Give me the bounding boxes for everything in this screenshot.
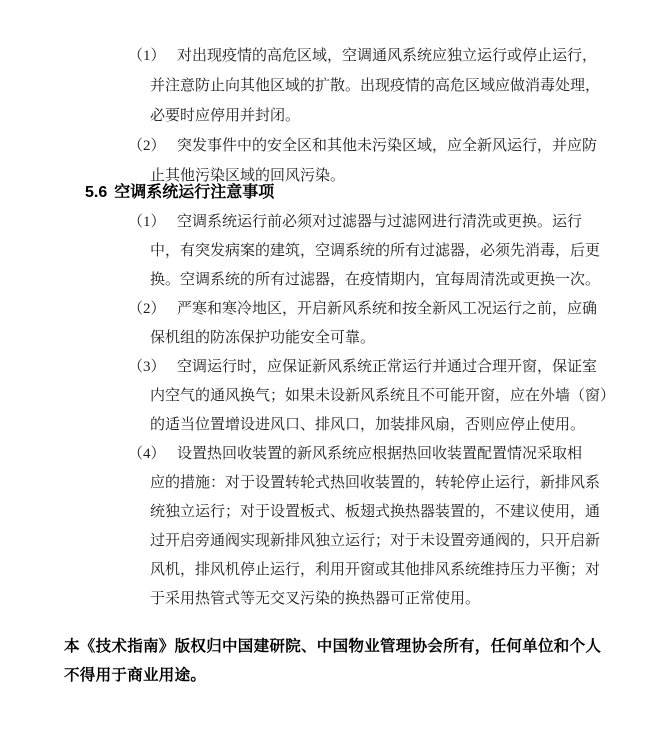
list-item-line: 过开启旁通阀实现新排风独立运行；对于未设置旁通阀的，只开启新 [0, 527, 669, 556]
list-item-marker: （4） [128, 440, 177, 469]
list-item-text: 空调系统运行前必须对过滤器与过滤网进行清洗或更换。运行 [177, 214, 582, 230]
list-item-line: 必要时应停用并封闭。 [0, 101, 669, 131]
list-item-marker: （1） [128, 208, 177, 237]
list-item-line: （2）突发事件中的安全区和其他未污染区域，应全新风运行，并应防 [0, 131, 669, 161]
document-page: （1）对出现疫情的高危区域，空调通风系统应独立运行或停止运行， 并注意防止向其他… [0, 0, 669, 749]
copyright-line: 本《技术指南》版权归中国建研院、中国物业管理协会所有，任何单位和个人 [64, 633, 601, 662]
list-item-line: （1）空调系统运行前必须对过滤器与过滤网进行清洗或更换。运行 [0, 208, 669, 237]
list-item-text: 严寒和寒冷地区，开启新风系统和按全新风工况运行之前，应确 [177, 301, 597, 317]
list-item-marker: （3） [128, 353, 177, 382]
list-item-line: 保机组的防冻保护功能安全可靠。 [0, 324, 669, 353]
list-item-line: （2）严寒和寒冷地区，开启新风系统和按全新风工况运行之前，应确 [0, 295, 669, 324]
copyright-notice: 本《技术指南》版权归中国建研院、中国物业管理协会所有，任何单位和个人 不得用于商… [64, 633, 601, 690]
list-item-marker: （2） [128, 295, 177, 324]
section-title: 空调系统运行注意事项 [114, 184, 274, 201]
list-item-line: 风机，排风机停止运行，利用开窗或其他排风系统维持压力平衡；对 [0, 556, 669, 585]
section-heading: 5.6空调系统运行注意事项 [85, 180, 274, 206]
list-item-line: 的适当位置增设进风口、排风口，加装排风扇，否则应停止使用。 [0, 411, 669, 440]
list-item: （1）空调系统运行前必须对过滤器与过滤网进行清洗或更换。运行 中，有突发病案的建… [0, 208, 669, 295]
list-item-marker: （1） [128, 41, 177, 71]
list-item-line: （3）空调运行时，应保证新风系统正常运行并通过合理开窗，保证室 [0, 353, 669, 382]
list-item-marker: （2） [128, 131, 177, 161]
list-item-text: 对出现疫情的高危区域，空调通风系统应独立运行或停止运行， [177, 48, 597, 64]
list-item: （4）设置热回收装置的新风系统应根据热回收装置配置情况采取相 应的措施：对于设置… [0, 440, 669, 614]
section-number: 5.6 [85, 184, 107, 201]
intro-numbered-list: （1）对出现疫情的高危区域，空调通风系统应独立运行或停止运行， 并注意防止向其他… [0, 41, 669, 191]
list-item: （3）空调运行时，应保证新风系统正常运行并通过合理开窗，保证室 内空气的通风换气… [0, 353, 669, 440]
section-numbered-list: （1）空调系统运行前必须对过滤器与过滤网进行清洗或更换。运行 中，有突发病案的建… [0, 208, 669, 614]
list-item-line: 应的措施：对于设置转轮式热回收装置的，转轮停止运行，新排风系 [0, 469, 669, 498]
list-item: （2）严寒和寒冷地区，开启新风系统和按全新风工况运行之前，应确 保机组的防冻保护… [0, 295, 669, 353]
list-item-line: 内空气的通风换气；如果未设新风系统且不可能开窗，应在外墙（窗） [0, 382, 669, 411]
list-item-text: 设置热回收装置的新风系统应根据热回收装置配置情况采取相 [177, 446, 582, 462]
list-item-line: 并注意防止向其他区域的扩散。出现疫情的高危区域应做消毒处理， [0, 71, 669, 101]
list-item-line: 中，有突发病案的建筑，空调系统的所有过滤器，必须先消毒，后更 [0, 237, 669, 266]
list-item-line: 于采用热管式等无交叉污染的换热器可正常使用。 [0, 585, 669, 614]
list-item-line: （4）设置热回收装置的新风系统应根据热回收装置配置情况采取相 [0, 440, 669, 469]
list-item-line: （1）对出现疫情的高危区域，空调通风系统应独立运行或停止运行， [0, 41, 669, 71]
list-item-text: 突发事件中的安全区和其他未污染区域，应全新风运行，并应防 [177, 138, 597, 154]
list-item-line: 统独立运行；对于设置板式、板翅式换热器装置的，不建议使用，通 [0, 498, 669, 527]
list-item-text: 空调运行时，应保证新风系统正常运行并通过合理开窗，保证室 [177, 359, 597, 375]
copyright-line: 不得用于商业用途。 [64, 662, 601, 691]
list-item-line: 换。空调系统的所有过滤器，在疫情期内，宜每周清洗或更换一次。 [0, 266, 669, 295]
list-item: （1）对出现疫情的高危区域，空调通风系统应独立运行或停止运行， 并注意防止向其他… [0, 41, 669, 131]
